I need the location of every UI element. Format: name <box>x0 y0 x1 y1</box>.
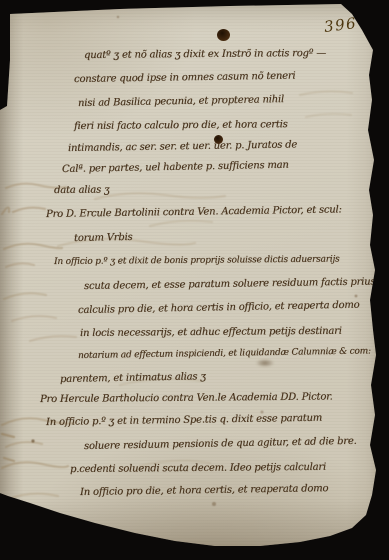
manuscript-line: parentem, et intimatus alias ʒ <box>60 371 206 385</box>
manuscript-line: Calª. per partes, uel habente p. suffici… <box>62 160 289 175</box>
manuscript-line: torum Vrbis <box>74 232 133 244</box>
manuscript-line: In officio p.º ʒ et dixit de bonis propr… <box>54 255 340 267</box>
manuscript-line: In officio pro die, et hora certis, et r… <box>80 483 328 498</box>
manuscript-line: Pro Hercule Bartholucio contra Ven.le Ac… <box>40 391 333 405</box>
scan-background: { "manuscript": { "folio_number": "396",… <box>0 0 389 560</box>
manuscript-line: nisi ad Basilica pecunia, et propterea n… <box>78 94 284 109</box>
manuscript-line: in locis necessarijs, et adhuc effectum … <box>80 326 342 339</box>
manuscript-page: 396 quatº ʒ et nõ alias ʒ dixit ex Instr… <box>0 0 389 560</box>
handwritten-text-block: quatº ʒ et nõ alias ʒ dixit ex Instrõ in… <box>0 0 389 560</box>
manuscript-line: intimandis, ac ser. ser. et uer. uer. p.… <box>68 139 297 154</box>
manuscript-line: scuta decem, et esse paratum soluere res… <box>84 276 375 292</box>
manuscript-line: data alias ʒ <box>54 185 110 196</box>
manuscript-line: fieri nisi facto calculo pro die, et hor… <box>74 119 288 132</box>
manuscript-line: Pro D. Ercule Bartolinii contra Ven. Aca… <box>46 204 342 220</box>
manuscript-line: quatº ʒ et nõ alias ʒ dixit ex Instrõ in… <box>84 48 326 61</box>
manuscript-line: soluere residuum pensionis de qua agitur… <box>84 436 357 452</box>
manuscript-line: notarium ad effectum inspiciendi, et liq… <box>78 346 371 361</box>
manuscript-line: constare quod ipse in omnes casum nõ ten… <box>74 71 296 85</box>
manuscript-line: In officio p.º ʒ et in termino Spe.tis q… <box>46 413 322 428</box>
manuscript-line: p.cedenti soluendi scuta decem. Ideo pet… <box>70 462 326 475</box>
manuscript-line: calculis pro die, et hora certis in offi… <box>78 300 360 316</box>
manuscript-scan: 396 quatº ʒ et nõ alias ʒ dixit ex Instr… <box>0 0 389 560</box>
